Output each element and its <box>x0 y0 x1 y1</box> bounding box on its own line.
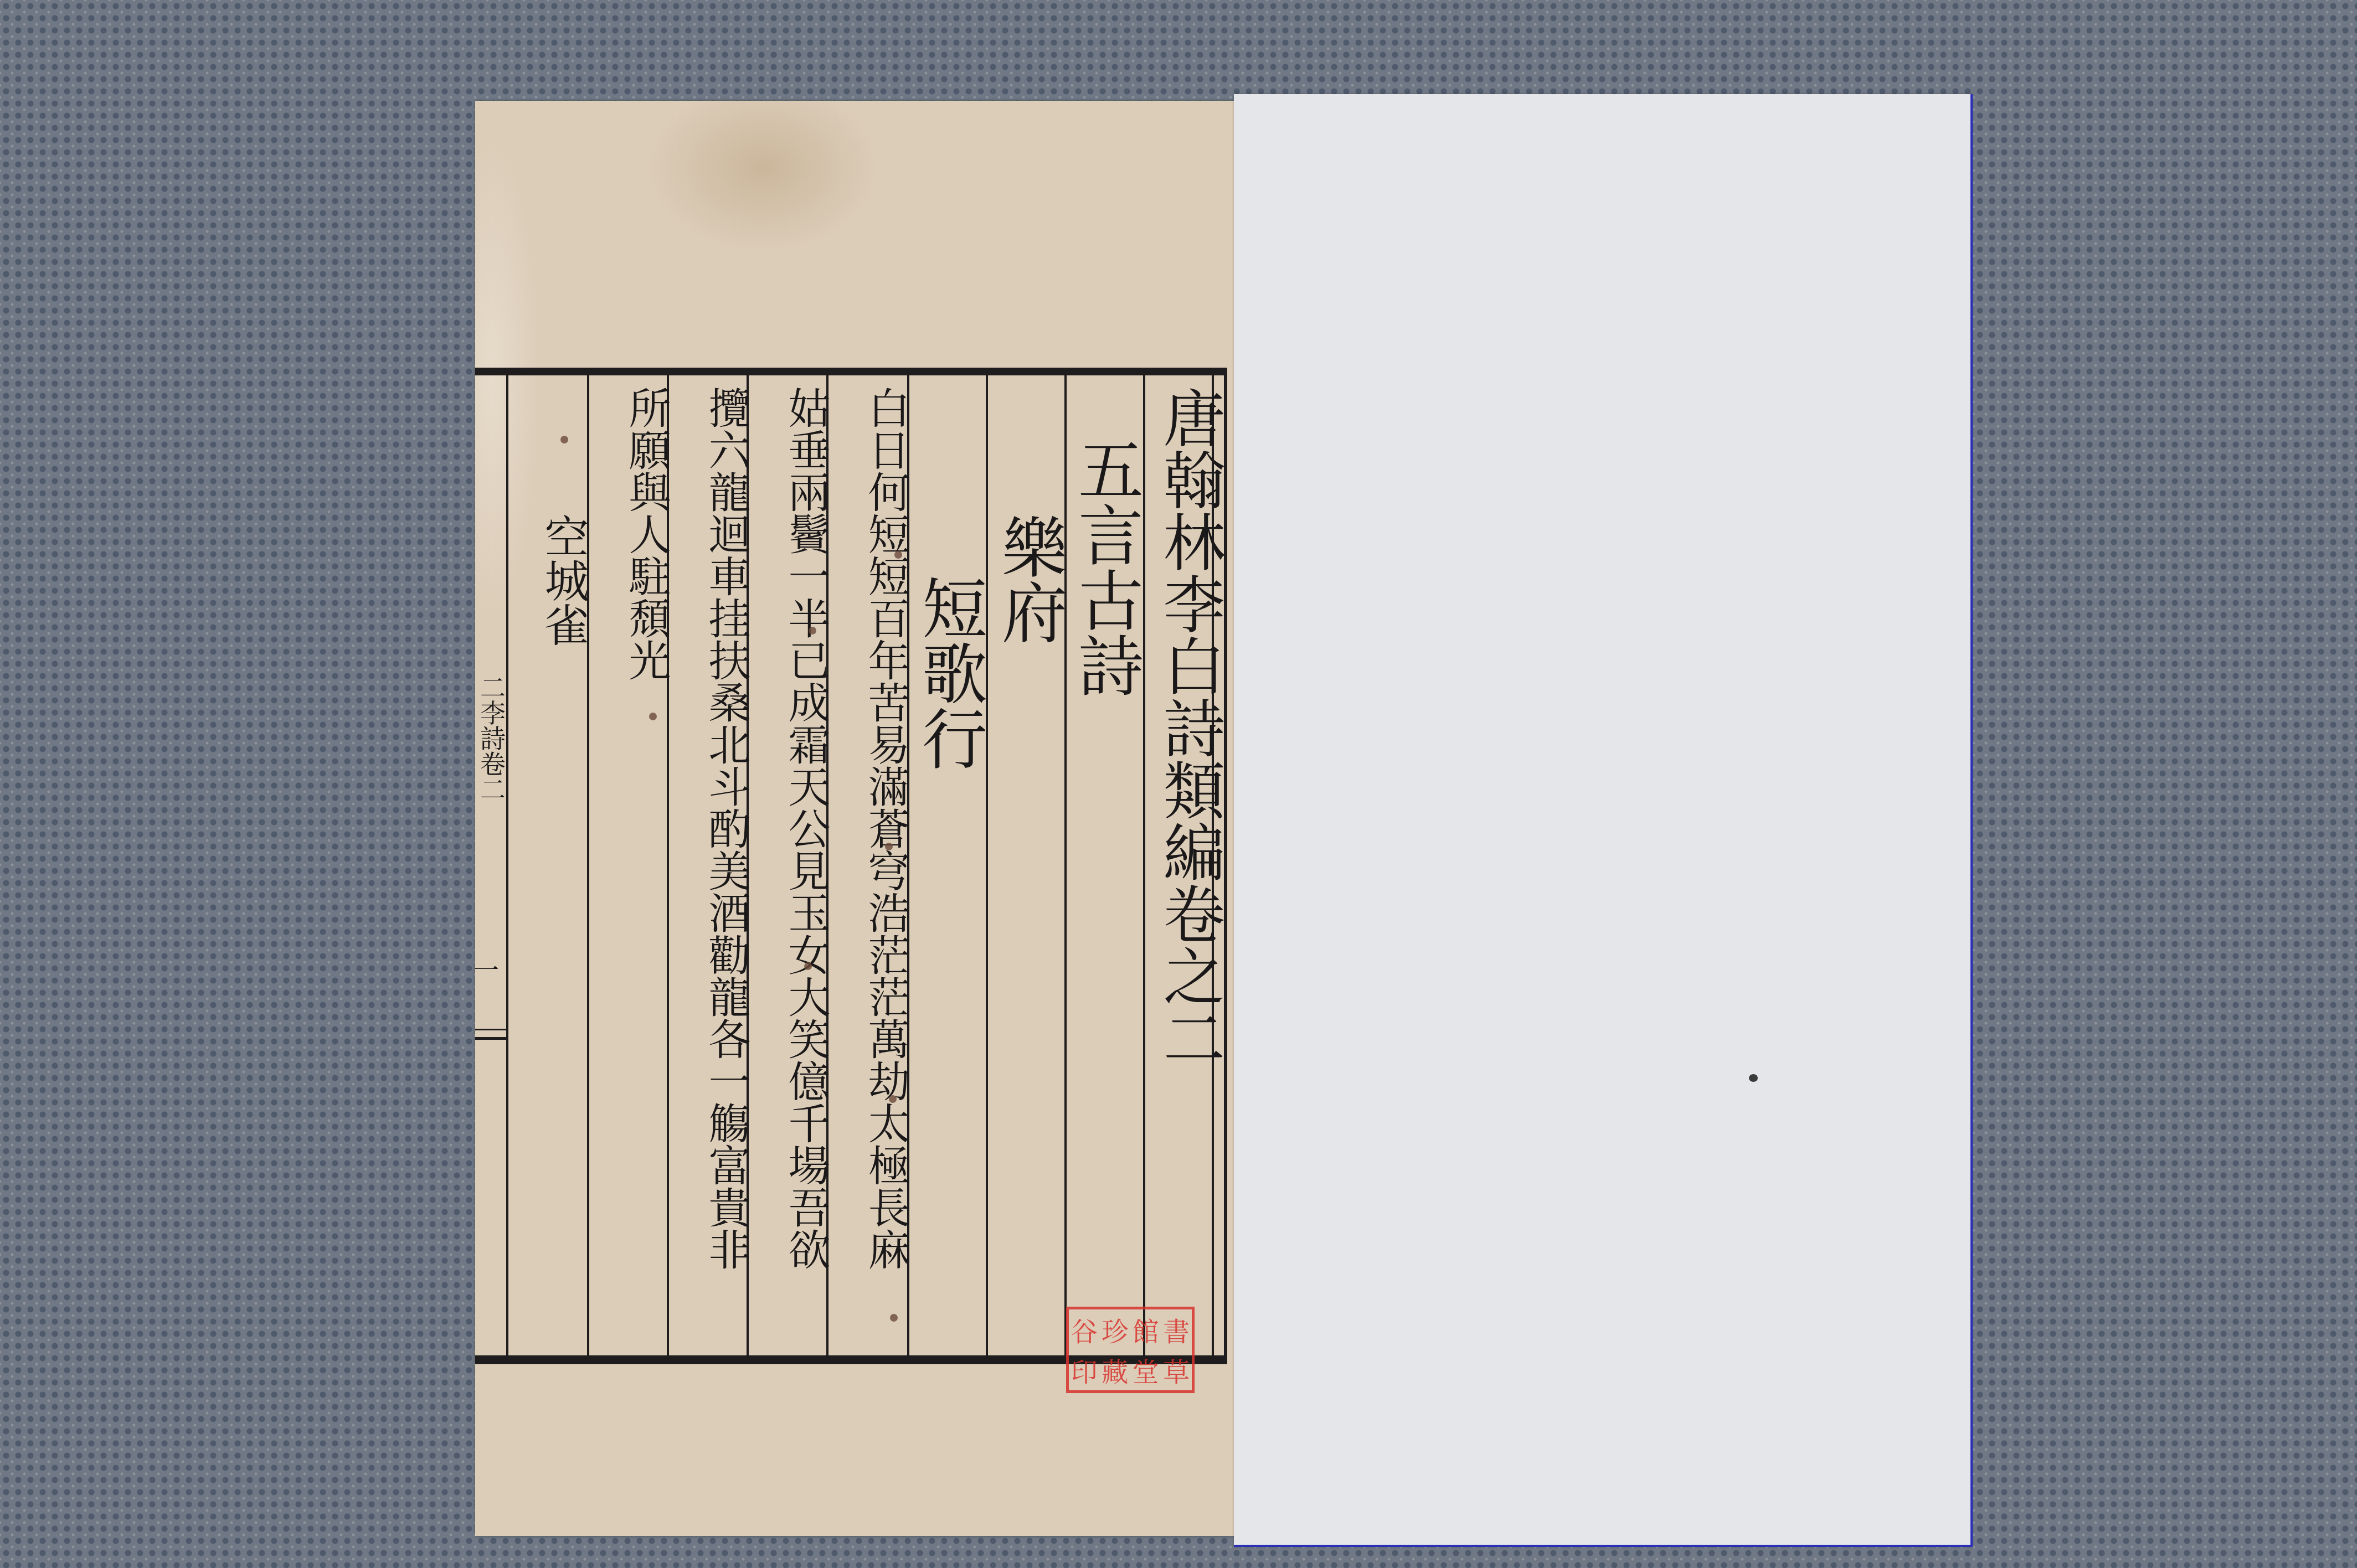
seal-char: 藏 <box>1100 1351 1131 1389</box>
paper-stain <box>885 843 893 850</box>
seal-char: 書 <box>1161 1311 1192 1349</box>
right-blank-flyleaf <box>1234 94 1973 1547</box>
banxin-page-number: 一 <box>481 957 503 982</box>
poem-line: 攬六龍迴車挂扶桑北斗酌美酒勸龍各一觴富貴非 <box>670 386 748 1270</box>
paper-stain <box>809 627 816 635</box>
seal-char: 館 <box>1130 1311 1161 1349</box>
banxin-title: 二李詩卷二 <box>476 674 504 802</box>
paper-stain <box>889 1095 897 1103</box>
poem-line: 所願與人駐頹光 <box>590 386 668 681</box>
paper-stain <box>804 962 812 970</box>
seal-char: 草 <box>1161 1351 1192 1389</box>
seal-char: 谷 <box>1069 1311 1100 1349</box>
seal-char: 印 <box>1069 1351 1100 1389</box>
poem-title-empty-city-sparrow: 空城雀 <box>510 514 587 647</box>
book-title-column: 唐翰林李白詩類編卷之二 <box>1145 386 1223 1069</box>
seal-char: 珍 <box>1100 1311 1131 1349</box>
poem-line: 姑垂兩鬢一半已成霜天公見玉女大笑億千場吾欲 <box>750 386 827 1270</box>
seal-char: 堂 <box>1130 1351 1161 1389</box>
paper-speck <box>1749 1074 1758 1082</box>
red-collector-seal: 書 館 珍 谷 草 堂 藏 印 <box>1066 1307 1195 1393</box>
poem-title-short-song: 短歌行 <box>907 575 985 771</box>
genre-heading: 五言古詩 <box>1063 436 1141 698</box>
printed-text-frame: 二李詩卷二 一 唐翰林李白詩類編卷之二 五言古詩 樂府 短歌行 白日何短短百年苦… <box>475 368 1227 1364</box>
column-divider <box>506 375 508 1355</box>
paper-stain <box>894 551 902 559</box>
paper-stain <box>890 1314 898 1322</box>
paper-stain <box>560 436 568 443</box>
category-heading: 樂府 <box>987 514 1064 644</box>
fish-tail-mark <box>475 1029 507 1040</box>
poem-line: 白日何短短百年苦易滿蒼穹浩茫茫萬劫太極長麻 <box>830 386 907 1270</box>
paper-stain <box>649 713 657 720</box>
